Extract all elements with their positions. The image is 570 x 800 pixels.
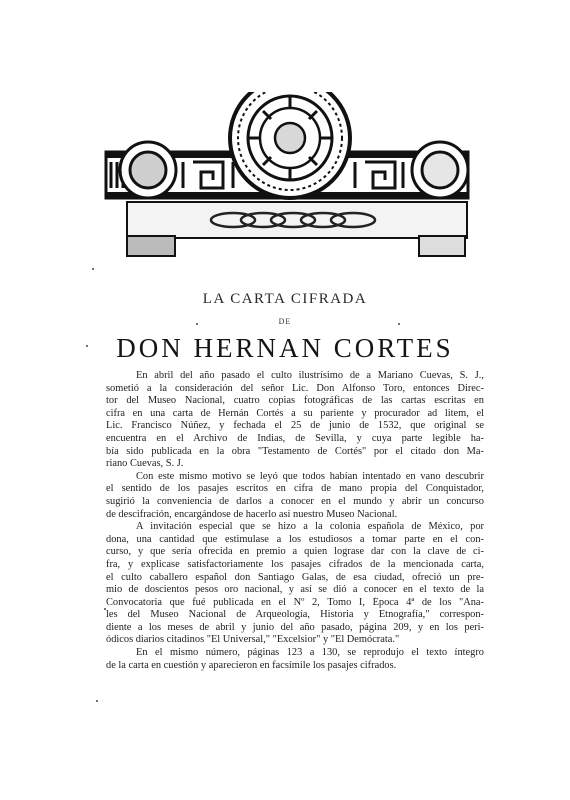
text-line: ódicos diarios citadinos "El Universal,"… [106,634,484,647]
text-line: sometió a la consideración del señor Lic… [106,383,484,396]
text-line: En abril del año pasado el culto ilustrí… [106,370,484,383]
text-line: bía sido publicada en la obra "Testament… [106,446,484,459]
paragraph-4: En el mismo número, páginas 123 a 130, s… [106,647,484,672]
heading-de: DE [0,317,570,326]
article-body: En abril del año pasado el culto ilustrí… [106,370,484,672]
scan-speck [86,345,88,347]
text-line: tor del Museo Nacional, cuatro copias fo… [106,395,484,408]
text-line: curso, y que sería ofrecida en premio a … [106,546,484,559]
paragraph-2: Con este mismo motivo se leyó que todos … [106,471,484,521]
heading-carta-cifrada: LA CARTA CIFRADA [0,291,570,308]
text-line: fra, y explicase satisfactoriamente los … [106,559,484,572]
text-line: cifra en una carta de Hernán Cortés a su… [106,408,484,421]
aztec-ornament-icon [103,92,471,262]
heading-don-hernan-cortes: DON HERNAN CORTES [0,333,570,364]
text-line: el culto caballero español don Santiago … [106,572,484,585]
text-line: sugirió la conveniencia de darlos a cono… [106,496,484,509]
document-page: LA CARTA CIFRADA DE DON HERNAN CORTES En… [0,0,570,800]
text-line: les del Museo Nacional de Arqueología, H… [106,609,484,622]
text-line: diente a los meses de abril y junio del … [106,622,484,635]
text-line: Con este mismo motivo se leyó que todos … [106,471,484,484]
text-line: Lic. Francisco Núñez, y fechada el 25 de… [106,420,484,433]
text-line: mio de doscientos pesos oro nacional, y … [106,584,484,597]
paragraph-1: En abril del año pasado el culto ilustrí… [106,370,484,471]
text-line: riano Cuevas, S. J. [106,458,484,471]
scan-speck [196,323,198,325]
scan-speck [398,323,400,325]
text-line: Convocatoria que fué publicada en el Nº … [106,597,484,610]
text-line: dona, una cantidad que estimulase a los … [106,534,484,547]
text-line: En el mismo número, páginas 123 a 130, s… [106,647,484,660]
text-line: el sentido de los pasajes escritos en ci… [106,483,484,496]
scan-speck [104,608,106,610]
text-line: de la carta en cuestión y aparecieron en… [106,660,484,673]
scan-speck [92,268,94,270]
scan-speck [96,700,98,702]
text-line: encuentra en el Archivo de Indias, de Se… [106,433,484,446]
text-line: A invitación especial que se hizo a la c… [106,521,484,534]
text-line: de descifración, encargándose de hacerlo… [106,509,484,522]
paragraph-3: A invitación especial que se hizo a la c… [106,521,484,647]
